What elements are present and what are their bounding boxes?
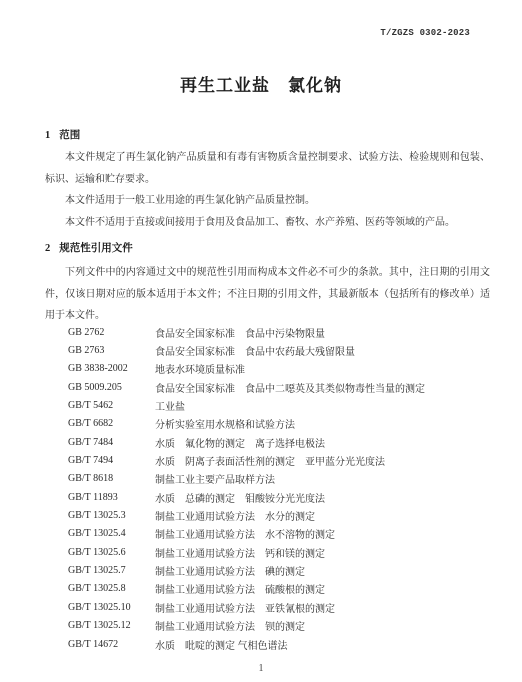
reference-title: 制盐工业通用试验方法 水不溶物的测定 xyxy=(155,526,490,541)
reference-code: GB/T 5462 xyxy=(68,400,155,411)
reference-row: GB/T 13025.4 制盐工业通用试验方法 水不溶物的测定 xyxy=(68,525,490,543)
reference-code: GB/T 14672 xyxy=(68,639,155,650)
reference-code: GB/T 13025.7 xyxy=(68,565,155,576)
paragraph: 本文件不适用于直接或间接用于食用及食品加工、畜牧、水产养殖、医药等领域的产品。 xyxy=(45,212,490,234)
reference-row: GB 2763 食品安全国家标准 食品中农药最大残留限量 xyxy=(68,341,490,359)
reference-row: GB/T 13025.6 制盐工业通用试验方法 钙和镁的测定 xyxy=(68,543,490,561)
doc-number: T/ZGZS 0302-2023 xyxy=(380,28,470,38)
reference-code: GB 3838-2002 xyxy=(68,363,155,374)
section-2-label: 规范性引用文件 xyxy=(59,243,133,254)
reference-row: GB/T 14672 水质 吡啶的测定 气相色谱法 xyxy=(68,635,490,653)
reference-title: 水质 阴离子表面活性剂的测定 亚甲蓝分光光度法 xyxy=(155,453,490,468)
reference-code: GB 2762 xyxy=(68,327,155,338)
section-1-heading: 1范围 xyxy=(45,127,80,142)
reference-code: GB/T 13025.3 xyxy=(68,510,155,521)
reference-row: GB/T 5462 工业盐 xyxy=(68,396,490,414)
reference-code: GB/T 13025.12 xyxy=(68,620,155,631)
reference-code: GB/T 13025.4 xyxy=(68,528,155,539)
section-1-number: 1 xyxy=(45,130,50,141)
paragraph: 本文件规定了再生氯化钠产品质量和有毒有害物质含量控制要求、试验方法、检验规则和包… xyxy=(45,147,490,190)
reference-code: GB/T 8618 xyxy=(68,473,155,484)
reference-row: GB/T 7494 水质 阴离子表面活性剂的测定 亚甲蓝分光光度法 xyxy=(68,451,490,469)
reference-row: GB 3838-2002 地表水环境质量标准 xyxy=(68,360,490,378)
paragraph: 下列文件中的内容通过文中的规范性引用而构成本文件必不可少的条款。其中，注日期的引… xyxy=(45,262,490,327)
reference-code: GB/T 13025.6 xyxy=(68,547,155,558)
reference-row: GB/T 11893 水质 总磷的测定 钼酸铵分光光度法 xyxy=(68,488,490,506)
reference-code: GB/T 13025.10 xyxy=(68,602,155,613)
section-2-number: 2 xyxy=(45,243,50,254)
section-2-body: 下列文件中的内容通过文中的规范性引用而构成本文件必不可少的条款。其中，注日期的引… xyxy=(45,262,490,327)
reference-row: GB/T 13025.7 制盐工业通用试验方法 碘的测定 xyxy=(68,561,490,579)
page-number: 1 xyxy=(0,663,522,674)
reference-title: 制盐工业通用试验方法 钡的测定 xyxy=(155,618,490,633)
reference-title: 制盐工业通用试验方法 亚铁氰根的测定 xyxy=(155,600,490,615)
reference-row: GB/T 13025.8 制盐工业通用试验方法 硫酸根的测定 xyxy=(68,580,490,598)
reference-title: 食品安全国家标准 食品中污染物限量 xyxy=(155,325,490,340)
reference-row: GB/T 13025.10 制盐工业通用试验方法 亚铁氰根的测定 xyxy=(68,598,490,616)
reference-code: GB/T 11893 xyxy=(68,492,155,503)
reference-code: GB/T 13025.8 xyxy=(68,583,155,594)
reference-row: GB/T 13025.12 制盐工业通用试验方法 钡的测定 xyxy=(68,617,490,635)
section-2-heading: 2规范性引用文件 xyxy=(45,240,133,255)
section-1-label: 范围 xyxy=(59,130,80,141)
reference-code: GB/T 6682 xyxy=(68,418,155,429)
reference-row: GB 2762 食品安全国家标准 食品中污染物限量 xyxy=(68,323,490,341)
reference-title: 水质 总磷的测定 钼酸铵分光光度法 xyxy=(155,490,490,505)
reference-title: 食品安全国家标准 食品中二噁英及其类似物毒性当量的测定 xyxy=(155,380,490,395)
section-1-body: 本文件规定了再生氯化钠产品质量和有毒有害物质含量控制要求、试验方法、检验规则和包… xyxy=(45,147,490,233)
doc-title: 再生工业盐 氯化钠 xyxy=(0,71,522,96)
reference-title: 制盐工业通用试验方法 硫酸根的测定 xyxy=(155,581,490,596)
paragraph: 本文件适用于一般工业用途的再生氯化钠产品质量控制。 xyxy=(45,190,490,212)
reference-title: 制盐工业通用试验方法 钙和镁的测定 xyxy=(155,545,490,560)
reference-row: GB 5009.205 食品安全国家标准 食品中二噁英及其类似物毒性当量的测定 xyxy=(68,378,490,396)
reference-row: GB/T 8618 制盐工业主要产品取样方法 xyxy=(68,470,490,488)
reference-title: 工业盐 xyxy=(155,398,490,413)
reference-title: 地表水环境质量标准 xyxy=(155,361,490,376)
reference-code: GB 5009.205 xyxy=(68,382,155,393)
reference-title: 分析实验室用水规格和试验方法 xyxy=(155,416,490,431)
reference-row: GB/T 13025.3 制盐工业通用试验方法 水分的测定 xyxy=(68,506,490,524)
reference-row: GB/T 7484 水质 氟化物的测定 离子选择电极法 xyxy=(68,433,490,451)
document-page: T/ZGZS 0302-2023 再生工业盐 氯化钠 1范围 本文件规定了再生氯… xyxy=(0,0,522,682)
reference-list: GB 2762 食品安全国家标准 食品中污染物限量 GB 2763 食品安全国家… xyxy=(68,323,490,653)
reference-title: 制盐工业通用试验方法 碘的测定 xyxy=(155,563,490,578)
reference-title: 水质 氟化物的测定 离子选择电极法 xyxy=(155,435,490,450)
reference-title: 食品安全国家标准 食品中农药最大残留限量 xyxy=(155,343,490,358)
reference-code: GB/T 7484 xyxy=(68,437,155,448)
reference-code: GB 2763 xyxy=(68,345,155,356)
reference-title: 制盐工业主要产品取样方法 xyxy=(155,471,490,486)
reference-row: GB/T 6682 分析实验室用水规格和试验方法 xyxy=(68,415,490,433)
reference-code: GB/T 7494 xyxy=(68,455,155,466)
reference-title: 水质 吡啶的测定 气相色谱法 xyxy=(155,637,490,652)
reference-title: 制盐工业通用试验方法 水分的测定 xyxy=(155,508,490,523)
